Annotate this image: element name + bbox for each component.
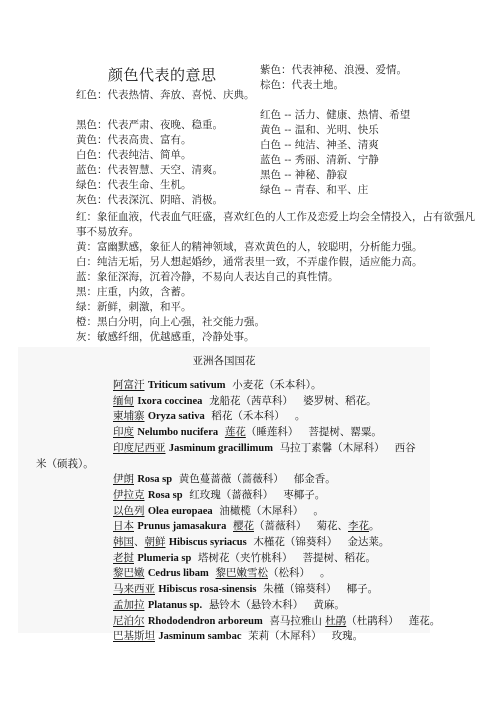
latin-name: Triticum sativum xyxy=(148,380,226,391)
latin-name: Ixora coccinea xyxy=(137,396,202,407)
flower-entry: 老挝 Plumeria sp 塔树花（夹竹桃科） 菩提树、稻花。 xyxy=(36,551,426,567)
description-item: 绿：新鲜，刺激，和平。 xyxy=(76,300,476,315)
flower-name: 黎巴嫩雪松 xyxy=(216,567,269,579)
flower-list: 阿富汗 Triticum sativum 小麦花（禾本科）。 缅甸 Ixora … xyxy=(36,378,426,645)
flower-name: 樱花 xyxy=(233,520,254,532)
flower-entry: 以色列 Olea europaea 油橄榄（木犀科） 。 xyxy=(36,504,426,520)
plant-family: （蔷薇科） xyxy=(221,489,274,501)
plant-family: （悬铃木科） xyxy=(240,599,303,611)
other-flowers: 玫瑰。 xyxy=(332,630,364,642)
other-flowers: 金达莱。 xyxy=(347,536,389,548)
color-meaning-item: 黄色：代表高贵、富有。 xyxy=(76,133,255,148)
flower-name: 红玫瑰 xyxy=(189,489,221,501)
latin-name: Prunus jamasakura xyxy=(137,521,226,532)
country-name: 黎巴嫩 xyxy=(113,567,145,579)
latin-name: Hibiscus syriacus xyxy=(169,537,247,548)
color-keyword-item: 蓝色 -- 秀丽、清新、宁静 xyxy=(260,153,410,168)
flower-name: 朱槿 xyxy=(263,583,284,595)
latin-name: Oryza sativa xyxy=(148,411,205,422)
flower-name: 小麦花 xyxy=(232,379,264,391)
latin-name: Hibiscus rosa-sinensis xyxy=(158,584,256,595)
description-item: 灰：敏感纤细，优越感重，冷静处事。 xyxy=(76,330,476,345)
flower-entry: 伊拉克 Rosa sp 红玫瑰（蔷薇科） 枣椰子。 xyxy=(36,488,426,504)
other-flowers: 。 xyxy=(313,505,324,517)
flower-entry: 伊朗 Rosa sp 黄色蔓蔷薇（蔷薇科） 郁金香。 xyxy=(36,472,426,488)
color-meanings-right: 紫色：代表神秘、浪漫、爱情。 棕色：代表土地。 红色 -- 活力、健康、热情、希… xyxy=(260,63,410,198)
country-name: 印度尼西亚 xyxy=(113,442,166,454)
other-flowers: 。 xyxy=(295,410,306,422)
latin-name: Rosa sp xyxy=(148,490,183,501)
plant-family: （禾本科） xyxy=(232,410,285,422)
latin-name: Rhododendron arboreum xyxy=(148,616,263,627)
country-name: 柬埔寨 xyxy=(113,410,145,422)
description-item: 红：象征血液，代表血气旺盛，喜欢红色的人工作及恋爱上均会全情投入，占有欲强凡事不… xyxy=(76,210,476,240)
other-flowers: 菩提树、罂粟。 xyxy=(308,426,382,438)
country-name: 日本 xyxy=(113,520,134,532)
flower-entry: 柬埔寨 Oryza sativa 稻花（禾本科） 。 xyxy=(36,409,426,425)
country-name: 伊朗 xyxy=(113,473,134,485)
flower-name: 油橄榄 xyxy=(219,505,251,517)
plant-family: （木犀科） xyxy=(269,630,322,642)
plant-family: （禾本科）。 xyxy=(264,379,322,391)
other-flowers: 婆罗树、稻花。 xyxy=(303,395,377,407)
other-flowers: 。 xyxy=(320,567,331,579)
description-item: 黄：富幽默感，象征人的精神领域，喜欢黄色的人，较聪明，分析能力强。 xyxy=(76,240,476,255)
flower-entry: 韩国、朝鲜 Hibiscus syriacus 木槿花（锦葵科） 金达莱。 xyxy=(36,535,426,551)
plant-family: （锦葵科） xyxy=(285,536,338,548)
plant-family: （蔷薇科） xyxy=(254,520,307,532)
plant-family: （茜草科） xyxy=(241,395,294,407)
flower-name: 龙船花 xyxy=(209,395,241,407)
color-meaning-item: 绿色：代表生命、生机。 xyxy=(76,178,255,193)
country-name: 印度 xyxy=(113,426,134,438)
country-name: 阿富汗 xyxy=(113,379,145,391)
latin-name: Jasminum sambac xyxy=(158,631,241,642)
latin-name: Plumeria sp xyxy=(137,553,191,564)
latin-name: Platanus sp. xyxy=(148,600,202,611)
flower-entry: 孟加拉 Platanus sp. 悬铃木（悬铃木科） 黄麻。 xyxy=(36,598,426,614)
other-flowers: 椰子。 xyxy=(347,583,379,595)
country-name: 朝鲜 xyxy=(145,536,166,548)
color-meaning-item: 白色：代表纯洁、简单。 xyxy=(76,148,255,163)
other-flowers: 莲花。 xyxy=(409,615,441,627)
flower-name: 马拉丁素馨 xyxy=(280,442,333,454)
color-meaning-item: 黑色：代表严肃、夜晚、稳重。 xyxy=(76,118,255,133)
flower-entry: 印度尼西亚 Jasminum gracillimum 马拉丁素馨（木犀科） 西谷… xyxy=(36,441,426,472)
plant-family: （蔷薇科） xyxy=(231,473,284,485)
color-personality-descriptions: 红：象征血液，代表血气旺盛，喜欢红色的人工作及恋爱上均会全情投入，占有欲强凡事不… xyxy=(76,210,476,345)
color-meaning-item: 灰色：代表深沉、阴暗、消极。 xyxy=(76,193,255,208)
country-name: 巴基斯坦 xyxy=(113,630,155,642)
flower-name: 稻花 xyxy=(211,410,232,422)
flower-name: 黄色蔓蔷薇 xyxy=(179,473,232,485)
other-flowers: 黄麻。 xyxy=(313,599,345,611)
latin-name: Nelumbo nucifera xyxy=(137,427,218,438)
other-flowers: 菩提树、稻花。 xyxy=(303,552,377,564)
other-flowers: 枣椰子。 xyxy=(283,489,325,501)
color-keyword-item: 白色 -- 纯洁、神圣、清爽 xyxy=(260,138,410,153)
asian-national-flowers-panel: 亚洲各国国花 阿富汗 Triticum sativum 小麦花（禾本科）。 缅甸… xyxy=(18,347,430,633)
flower-entry: 日本 Prunus jamasakura 樱花（蔷薇科） 菊花、李花。 xyxy=(36,519,426,535)
color-meaning-purple: 紫色：代表神秘、浪漫、爱情。 xyxy=(260,63,410,78)
plant-family: （夹竹桃科） xyxy=(230,552,293,564)
flower-name: 塔树花 xyxy=(198,552,230,564)
flower-entry: 印度 Nelumbo nucifera 莲花（睡莲科） 菩提树、罂粟。 xyxy=(36,425,426,441)
country-name: 以色列 xyxy=(113,505,145,517)
latin-name: Rosa sp xyxy=(137,474,172,485)
other-flowers: 菊花、李花。 xyxy=(317,520,380,532)
flower-entry: 尼泊尔 Rhododendron arboreum 喜马拉雅山 杜鹃（杜鹃科） … xyxy=(36,614,426,630)
latin-name: Olea europaea xyxy=(148,506,213,517)
plant-family: （松科） xyxy=(268,567,310,579)
country-name: 伊拉克 xyxy=(113,489,145,501)
flower-entry: 阿富汗 Triticum sativum 小麦花（禾本科）。 xyxy=(36,378,426,394)
section-title: 亚洲各国国花 xyxy=(18,353,430,368)
country-name: 孟加拉 xyxy=(113,599,145,611)
plant-family: （杜鹃科） xyxy=(346,615,399,627)
plant-family: （锦葵科） xyxy=(284,583,337,595)
color-meaning-red: 红色：代表热情、奔放、喜悦、庆典。 xyxy=(76,88,255,103)
color-meanings-left: 红色：代表热情、奔放、喜悦、庆典。 黑色：代表严肃、夜晚、稳重。 黄色：代表高贵… xyxy=(76,88,255,208)
color-keyword-item: 黄色 -- 温和、光明、快乐 xyxy=(260,123,410,138)
flower-name: 木槿花 xyxy=(253,536,285,548)
flower-name: 莲花 xyxy=(225,426,246,438)
description-item: 白：纯洁无垢，另人想起婚纱，通常表里一致，不弄虚作假，适应能力高。 xyxy=(76,255,476,270)
plant-family: （木犀科） xyxy=(332,442,385,454)
country-name: 尼泊尔 xyxy=(113,615,145,627)
description-item: 橙：黑白分明，向上心强，社交能力强。 xyxy=(76,315,476,330)
flower-entry: 马来西亚 Hibiscus rosa-sinensis 朱槿（锦葵科） 椰子。 xyxy=(36,582,426,598)
color-meaning-brown: 棕色：代表土地。 xyxy=(260,78,410,93)
color-meaning-item: 蓝色：代表智慧、天空、清爽。 xyxy=(76,163,255,178)
color-keyword-item: 绿色 -- 青春、和平、庄 xyxy=(260,183,410,198)
description-item: 蓝：象征深海，沉着冷静，不易向人表达自己的真性情。 xyxy=(76,270,476,285)
plant-family: （木犀科） xyxy=(251,505,304,517)
country-name: 韩国 xyxy=(113,536,134,548)
country-name: 马来西亚 xyxy=(113,583,155,595)
color-keyword-item: 黑色 -- 神秘、静寂 xyxy=(260,168,410,183)
flower-entry: 巴基斯坦 Jasminum sambac 茉莉（木犀科） 玫瑰。 xyxy=(36,629,426,645)
country-name: 缅甸 xyxy=(113,395,134,407)
page-title: 颜色代表的意思 xyxy=(108,64,217,85)
flower-entry: 黎巴嫩 Cedrus libam 黎巴嫩雪松（松科） 。 xyxy=(36,566,426,582)
color-keyword-item: 红色 -- 活力、健康、热情、希望 xyxy=(260,108,410,123)
flower-name: 喜马拉雅山 杜鹃 xyxy=(269,615,346,627)
flower-entry: 缅甸 Ixora coccinea 龙船花（茜草科） 婆罗树、稻花。 xyxy=(36,394,426,410)
plant-family: （睡莲科） xyxy=(246,426,299,438)
description-item: 黑：庄重，内敛，含蓄。 xyxy=(76,285,476,300)
flower-name: 悬铃木 xyxy=(209,599,241,611)
country-name: 老挝 xyxy=(113,552,134,564)
flower-name: 茉莉 xyxy=(248,630,269,642)
latin-name: Cedrus libam xyxy=(148,568,209,579)
other-flowers: 郁金香。 xyxy=(294,473,336,485)
latin-name: Jasminum gracillimum xyxy=(169,443,273,454)
